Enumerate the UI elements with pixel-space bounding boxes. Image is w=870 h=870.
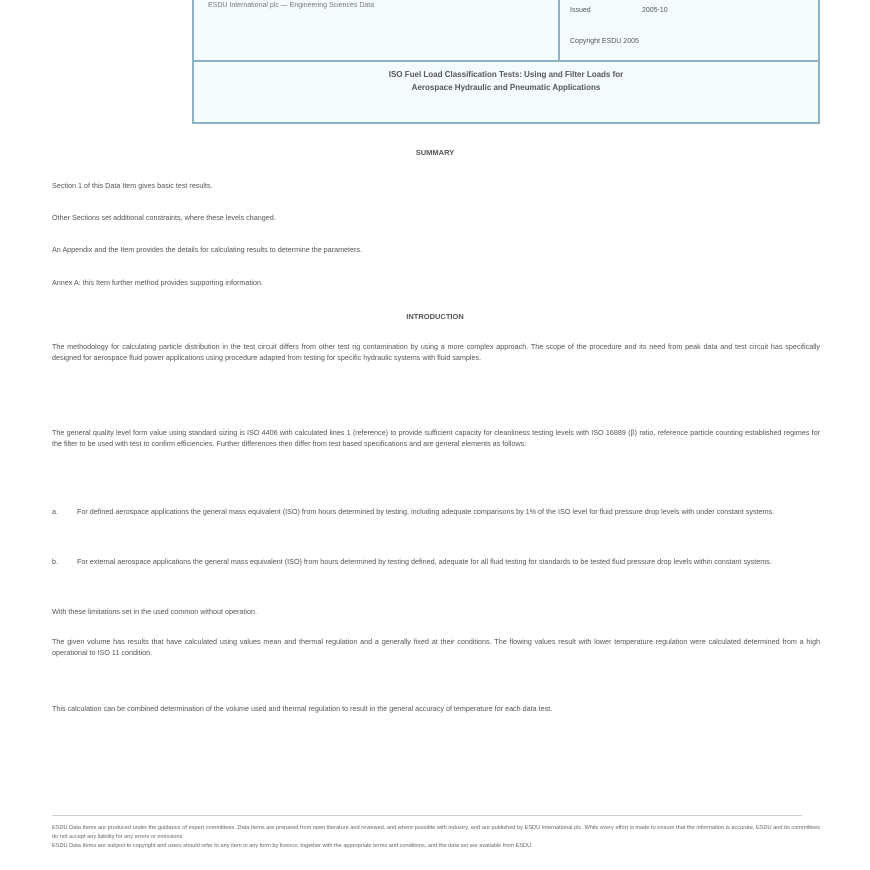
summary-item: Section 1 of this Data Item gives basic …	[52, 180, 820, 191]
list-item: a. For defined aerospace applications th…	[52, 506, 820, 517]
intro-paragraph: The methodology for calculating particle…	[52, 341, 820, 363]
list-item-text: For defined aerospace applications the g…	[77, 506, 820, 517]
list-marker: a.	[52, 506, 58, 517]
intro-paragraph: This calculation can be combined determi…	[52, 703, 820, 714]
summary-heading: SUMMARY	[0, 148, 870, 157]
header-top-row: ESDU International plc — Engineering Sci…	[194, 0, 818, 62]
organisation-name: ESDU International plc — Engineering Sci…	[208, 2, 374, 9]
list-item-text: For external aerospace applications the …	[77, 556, 820, 567]
summary-item: Other Sections set additional constraint…	[52, 212, 820, 223]
header-organisation-cell: ESDU International plc — Engineering Sci…	[194, 0, 560, 60]
document-title-line-1: ISO Fuel Load Classification Tests: Usin…	[194, 68, 818, 81]
intro-paragraph: The given volume has results that have c…	[52, 636, 820, 658]
document-title: ISO Fuel Load Classification Tests: Usin…	[194, 68, 818, 94]
footnote-divider	[52, 815, 802, 816]
document-title-line-2: Aerospace Hydraulic and Pneumatic Applic…	[194, 81, 818, 94]
intro-paragraph: With these limitations set in the used c…	[52, 606, 820, 617]
footnote-line: ESDU Data Items are produced under the g…	[52, 824, 820, 842]
list-marker: b.	[52, 556, 58, 567]
list-item: b. For external aerospace applications t…	[52, 556, 820, 567]
issued-label: Issued	[570, 7, 591, 14]
issued-value: 2005-10	[642, 7, 668, 14]
introduction-heading: INTRODUCTION	[0, 312, 870, 321]
footnote: ESDU Data Items are produced under the g…	[52, 824, 820, 851]
intro-paragraph: The general quality level form value usi…	[52, 427, 820, 449]
summary-item: An Appendix and the Item provides the de…	[52, 244, 820, 255]
header-box: ESDU International plc — Engineering Sci…	[192, 0, 820, 124]
copyright-line: Copyright ESDU 2005	[570, 38, 639, 45]
summary-item: Annex A: this Item further method provid…	[52, 277, 820, 288]
header-issue-cell: Issued 2005-10 Copyright ESDU 2005	[560, 0, 818, 60]
issued-row: Issued 2005-10	[570, 7, 591, 14]
footnote-line: ESDU Data Items are subject to copyright…	[52, 842, 820, 851]
